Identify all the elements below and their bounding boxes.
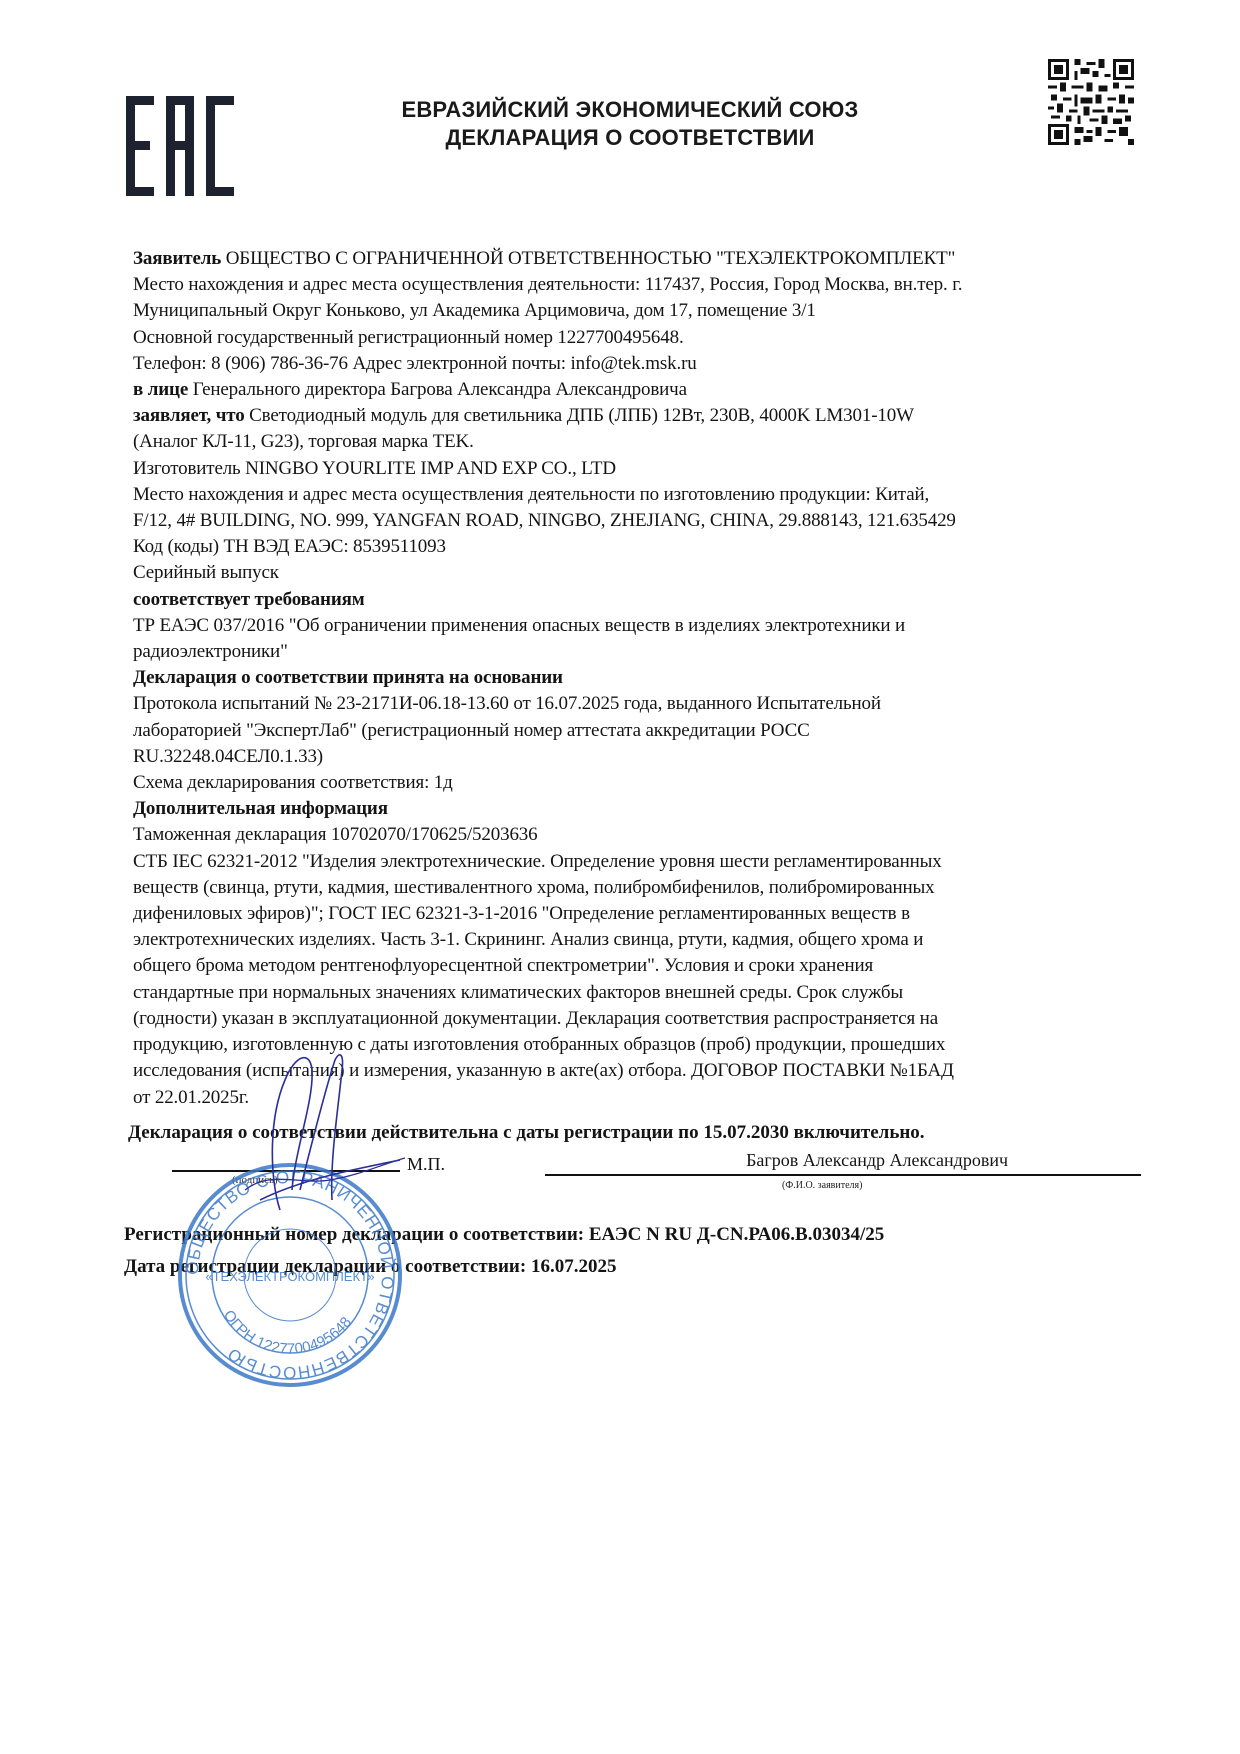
basis-line-2: лабораторией "ЭкспертЛаб" (регистрационн… [133, 718, 1143, 744]
regulation-line-1: ТР ЕАЭС 037/2016 "Об ограничении примене… [133, 613, 1143, 639]
production-type: Серийный выпуск [133, 560, 1143, 586]
manufacturer-address-1: Место нахождения и адрес места осуществл… [133, 482, 1143, 508]
additional-line: общего брома методом рентгенофлуоресцент… [133, 953, 1143, 979]
applicant-contacts: Телефон: 8 (906) 786-36-76 Адрес электро… [133, 351, 1143, 377]
applicant-address-2: Муниципальный Округ Коньково, ул Академи… [133, 298, 1143, 324]
document-title: ЕВРАЗИЙСКИЙ ЭКОНОМИЧЕСКИЙ СОЮЗ ДЕКЛАРАЦИ… [330, 96, 930, 152]
signature-caption: (подпись) [232, 1174, 278, 1186]
declaration-scheme: Схема декларирования соответствия: 1д [133, 770, 1143, 796]
stamp-place-label: М.П. [407, 1154, 445, 1175]
declaration-title: ДЕКЛАРАЦИЯ О СООТВЕТСТВИИ [330, 124, 930, 152]
additional-heading: Дополнительная информация [133, 796, 1143, 822]
applicant-label: Заявитель [133, 248, 221, 269]
product-name: Светодиодный модуль для светильника ДПБ … [245, 405, 914, 426]
validity-statement: Декларация о соответствии действительна … [128, 1122, 925, 1144]
additional-line: продукцию, изготовленную с даты изготовл… [133, 1032, 1143, 1058]
applicant-line: Заявитель ОБЩЕСТВО С ОГРАНИЧЕННОЙ ОТВЕТС… [133, 246, 1143, 272]
additional-line: дифениловых эфиров)"; ГОСТ IEC 62321-3-1… [133, 901, 1143, 927]
applicant-ogrn: Основной государственный регистрационный… [133, 325, 1143, 351]
additional-line: веществ (свинца, ртути, кадмия, шестивал… [133, 875, 1143, 901]
additional-line: исследования (испытания) и измерения, ук… [133, 1058, 1143, 1084]
basis-heading: Декларация о соответствии принята на осн… [133, 665, 1143, 691]
applicant-name: ОБЩЕСТВО С ОГРАНИЧЕННОЙ ОТВЕТСТВЕННОСТЬЮ… [221, 248, 955, 269]
complies-heading: соответствует требованиям [133, 587, 1143, 613]
basis-line-3: RU.32248.04СЕЛ0.1.33) [133, 744, 1143, 770]
additional-line: стандартные при нормальных значениях кли… [133, 980, 1143, 1006]
signature-line [172, 1170, 400, 1172]
product-line-1: заявляет, что Светодиодный модуль для св… [133, 403, 1143, 429]
additional-line: от 22.01.2025г. [133, 1085, 1143, 1111]
regulation-line-2: радиоэлектроники" [133, 639, 1143, 665]
additional-line: электротехнических изделиях. Часть 3-1. … [133, 927, 1143, 953]
qr-code-icon[interactable] [1048, 58, 1134, 146]
union-title: ЕВРАЗИЙСКИЙ ЭКОНОМИЧЕСКИЙ СОЮЗ [330, 96, 930, 124]
registration-date: Дата регистрации декларации о соответств… [124, 1256, 616, 1278]
eac-mark-icon [126, 96, 238, 196]
registration-number: Регистрационный номер декларации о соотв… [124, 1224, 884, 1246]
signer-caption: (Ф.И.О. заявителя) [782, 1180, 862, 1191]
customs-declaration: Таможенная декларация 10702070/170625/52… [133, 822, 1143, 848]
additional-line: СТБ IEC 62321-2012 "Изделия электротехни… [133, 849, 1143, 875]
represented-label: в лице [133, 379, 188, 400]
product-line-2: (Аналог КЛ-11, G23), торговая марка TEK. [133, 429, 1143, 455]
declaration-body: Заявитель ОБЩЕСТВО С ОГРАНИЧЕННОЙ ОТВЕТС… [133, 246, 1143, 1111]
basis-line-1: Протокола испытаний № 23-2171И-06.18-13.… [133, 691, 1143, 717]
signer-name: Багров Александр Александрович [545, 1150, 1008, 1171]
manufacturer: Изготовитель NINGBO YOURLITE IMP AND EXP… [133, 456, 1143, 482]
applicant-address-1: Место нахождения и адрес места осуществл… [133, 272, 1143, 298]
svg-text:ОГРН 1227700495648: ОГРН 1227700495648 [220, 1307, 355, 1358]
manufacturer-address-2: F/12, 4# BUILDING, NO. 999, YANGFAN ROAD… [133, 508, 1143, 534]
stamp-ogrn-text: ОГРН 1227700495648 [220, 1307, 355, 1358]
represented-line: в лице Генерального директора Багрова Ал… [133, 377, 1143, 403]
declares-label: заявляет, что [133, 405, 245, 426]
additional-line: (годности) указан в эксплуатационной док… [133, 1006, 1143, 1032]
hs-code: Код (коды) ТН ВЭД ЕАЭС: 8539511093 [133, 534, 1143, 560]
signer-name-line [545, 1174, 1141, 1176]
represented-by: Генерального директора Багрова Александр… [188, 379, 687, 400]
eac-logo [126, 96, 238, 196]
